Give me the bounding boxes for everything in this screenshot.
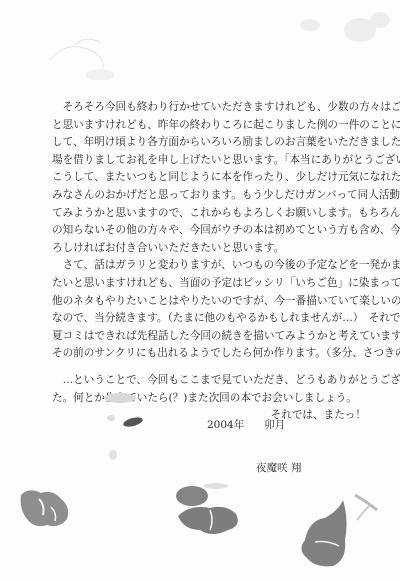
- flower-cluster-left-icon: [15, 485, 75, 535]
- text-line: 夏コミはできれば先程話した今回の続きを描いてみようかと考えています。まあ、: [52, 328, 366, 346]
- text-line: みなさんのおかげだと思っております。もう少しだけガンバって同人活動を続け: [52, 187, 366, 205]
- text-line: てみようかと思いますので、これからもよろしくお願いします。もちろん、事情: [52, 205, 366, 223]
- date-month: 卯月: [264, 419, 285, 431]
- date-line: 2004年卯月: [207, 417, 285, 432]
- text-line: と思いますけれども、昨年の終わりころに起こりました例の一件のことにつきま: [52, 117, 366, 135]
- text-line: の知らないその他の方々や、今回がウチの本は初めてという方も含め、今後もよ: [52, 222, 366, 240]
- document-page: そろそろ今回も終わり行かせていただきますけれども、少数の方々はご存じか と思いま…: [0, 0, 400, 581]
- text-line: その前のサンクリにも出れるようでしたら何か作ります。（多分、さつきの本）: [52, 345, 366, 363]
- text-line: たいと思いますけれども、当面の予定はビッシリ「いちご色」に染まっております。: [52, 275, 366, 293]
- flower-cluster-right-icon: [285, 490, 385, 575]
- paragraph-spacer: [52, 363, 366, 372]
- faded-flower-top-left-icon: [30, 20, 130, 80]
- date-year: 2004年: [207, 419, 244, 431]
- author-signature: 夜魔咲 翔: [256, 460, 301, 475]
- text-line: なので、当分続きます。（たまに他のもやるかもしれませんが…） それで、次の: [52, 310, 366, 328]
- text-line: さて、話はガラリと変わりますが、いつもの今後の予定などを一発かましてみ: [52, 257, 366, 275]
- text-line: そろそろ今回も終わり行かせていただきますけれども、少数の方々はご存じか: [52, 99, 366, 117]
- text-line: 他のネタもやりたいことはやりたいのですが、今一番描いていて楽しいのがこれ: [52, 293, 366, 311]
- flower-cluster-center-icon: [170, 480, 250, 540]
- letter-body: そろそろ今回も終わり行かせていただきますけれども、少数の方々はご存じか と思いま…: [52, 99, 366, 425]
- text-line: た。何とか生きていたら(？)また次回の本でお会いしましょう。: [52, 390, 366, 408]
- text-line: …ということで、今回もここまで見ていただき、どうもありがとうございまし: [52, 372, 366, 390]
- text-line: こうして、またいつもと同じように本を作ったり、少しだけ元気になれたのも、: [52, 169, 366, 187]
- text-line: して、年明け頃より各方面からいろいろ励ましのお言葉をいただきました。この: [52, 134, 366, 152]
- text-line: 場を借りましてお礼を申し上げたいと思います。「本当にありがとうございました: [52, 152, 366, 170]
- text-line: ろしければお付き合いいただきたいと思います。: [52, 240, 366, 258]
- faded-flower-top-right-icon: [270, 5, 400, 55]
